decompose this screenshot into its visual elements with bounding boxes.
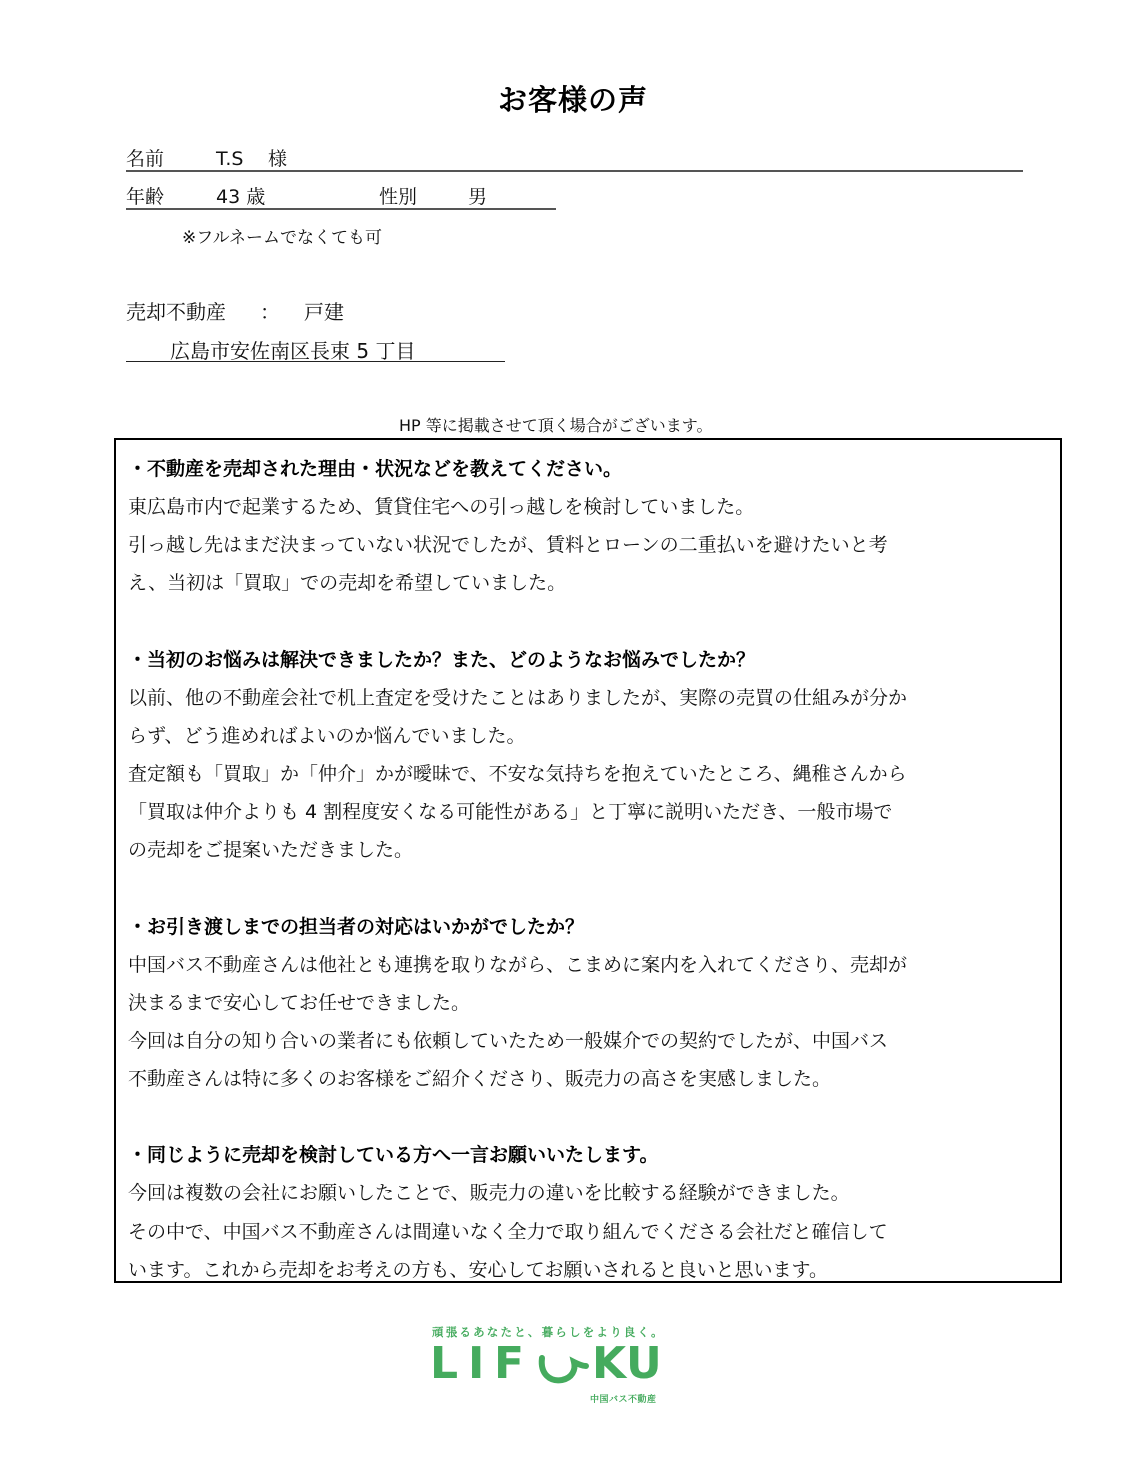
answer-line: らず、どう進めればよいのか悩んでいました。 (128, 717, 1048, 755)
answer-line: 今回は複数の会社にお願いしたことで、販売力の違いを比較する経験ができました。 (128, 1174, 1048, 1212)
survey-section-agent-support: ・お引き渡しまでの担当者の対応はいかがでしたか？ 中国バス不動産さんは他社とも連… (128, 908, 1048, 1099)
gender-value: 男 (468, 183, 487, 211)
answer-line: の売却をご提案いただきました。 (128, 831, 1048, 869)
survey-section-concerns: ・当初のお悩みは解決できましたか？また、どのようなお悩みでしたか？ 以前、他の不… (128, 641, 1048, 870)
answer-line: 引っ越し先はまだ決まっていない状況でしたが、賃料とローンの二重払いを避けたいと考 (128, 526, 1048, 564)
property-separator: ： (260, 296, 280, 325)
answer-line: 不動産さんは特に多くのお客様をご紹介くださり、販売力の高さを実感しました。 (128, 1060, 1048, 1098)
logo-letter-u: U (626, 1342, 662, 1386)
answer-line: 東広島市内で起業するため、賃貸住宅への引っ越しを検討していました。 (128, 488, 1048, 526)
name-row: 名前 T.S 様 (126, 145, 1023, 173)
name-note: ※フルネームでなくても可 (182, 223, 382, 248)
page-title: お客様の声 (0, 78, 1146, 119)
publication-note: HP 等に掲載させて頂く場合がございます。 (399, 413, 713, 436)
survey-section-message: ・同じように売却を検討している方へ一言お願いいたします。 今回は複数の会社にお願… (128, 1136, 1048, 1289)
name-honorific: 様 (268, 145, 287, 173)
survey-box: ・不動産を売却された理由・状況などを教えてください。 東広島市内で起業するため、… (114, 438, 1062, 1283)
name-value: T.S (216, 145, 243, 173)
property-row: 売却不動産 ： 戸建 (126, 296, 426, 324)
logo-letter-f: F (494, 1342, 524, 1386)
logo-letter-l: L (430, 1342, 458, 1386)
question-heading: ・不動産を売却された理由・状況などを教えてください。 (128, 450, 1048, 488)
gender-label: 性別 (379, 183, 417, 211)
survey-section-reason: ・不動産を売却された理由・状況などを教えてください。 東広島市内で起業するため、… (128, 450, 1048, 603)
question-heading: ・同じように売却を検討している方へ一言お願いいたします。 (128, 1136, 1048, 1174)
answer-line: います。これから売却をお考えの方も、安心してお願いされると良いと思います。 (128, 1251, 1048, 1289)
age-gender-row: 年齢 43 歳 性別 男 (126, 183, 556, 211)
answer-line: 以前、他の不動産会社で机上査定を受けたことはありましたが、実際の売買の仕組みが分… (128, 679, 1048, 717)
property-type: 戸建 (304, 296, 344, 325)
answer-line: 決まるまで安心してお任せできました。 (128, 984, 1048, 1022)
logo-company-name: 中国バス不動産 (590, 1392, 657, 1405)
address-underline (126, 361, 505, 362)
logo-letter-i: I (468, 1342, 484, 1386)
answer-line: え、当初は「買取」での売却を希望していました。 (128, 564, 1048, 602)
answer-line: 今回は自分の知り合いの業者にも依頼していたため一般媒介での契約でしたが、中国バス (128, 1022, 1048, 1060)
name-label: 名前 (126, 145, 164, 173)
smile-curve-icon (536, 1348, 596, 1388)
name-underline (126, 170, 1023, 172)
age-value: 43 歳 (216, 183, 265, 211)
logo-letter-k: K (592, 1342, 626, 1386)
answer-line: 「買取は仲介よりも 4 割程度安くなる可能性がある」と丁寧に説明いただき、一般市… (128, 793, 1048, 831)
lifuku-logo: 頑張るあなたと、暮らしをより良く。 L I F K U 中国バス不動産 (430, 1324, 670, 1410)
answer-line: その中で、中国バス不動産さんは間違いなく全力で取り組んでくださる会社だと確信して (128, 1213, 1048, 1251)
property-label: 売却不動産 (126, 296, 226, 325)
question-heading: ・お引き渡しまでの担当者の対応はいかがでしたか？ (128, 908, 1048, 946)
answer-line: 査定額も「買取」か「仲介」かが曖昧で、不安な気持ちを抱えていたところ、縄稚さんか… (128, 755, 1048, 793)
property-address: 広島市安佐南区長束 5 丁目 (170, 335, 415, 364)
age-label: 年齢 (126, 183, 164, 211)
question-heading: ・当初のお悩みは解決できましたか？また、どのようなお悩みでしたか？ (128, 641, 1048, 679)
answer-line: 中国バス不動産さんは他社とも連携を取りながら、こまめに案内を入れてくださり、売却… (128, 946, 1048, 984)
age-underline (126, 208, 556, 210)
